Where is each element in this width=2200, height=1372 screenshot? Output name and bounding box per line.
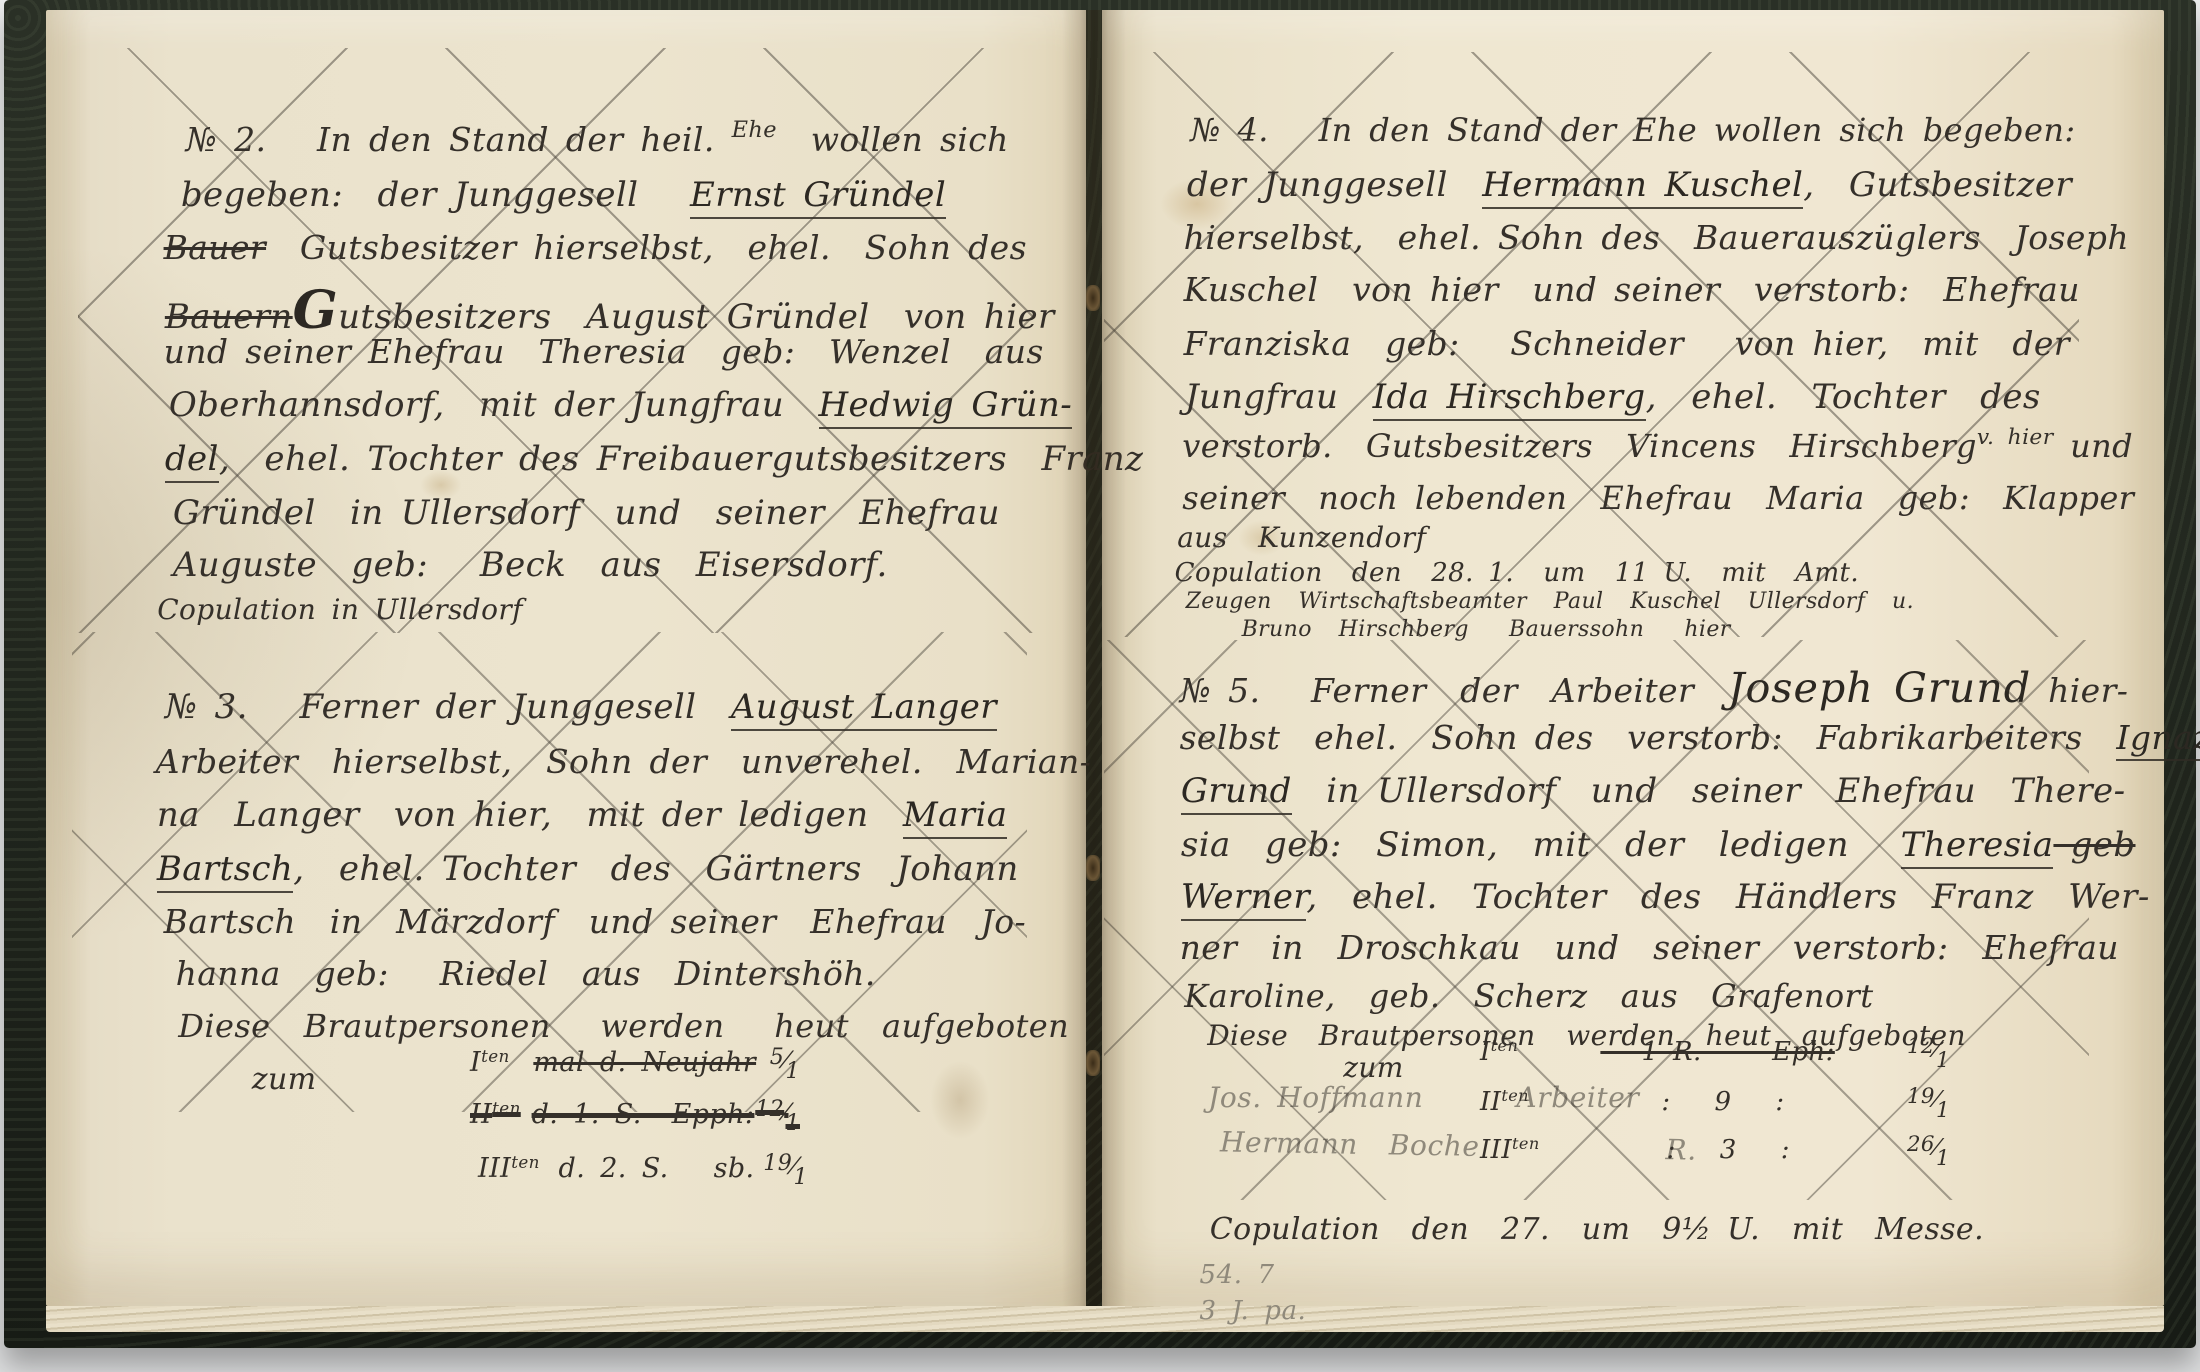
roman-numeral: Iten	[1480, 1038, 1528, 1067]
banns-line-second: IIten : 9 : 191	[1480, 1088, 1950, 1117]
banns-line-second: IIten d. 1. S. Epph: 121	[470, 1100, 800, 1130]
banns-line-third: IIIten d. 2. S. sb. 191	[478, 1154, 808, 1184]
entry2-copulation-note: Copulation in Ullersdorf	[96, 564, 523, 656]
text-segment: d. 2. S. sb.	[559, 1154, 755, 1184]
roman-numeral: IIten	[470, 1100, 531, 1130]
banns-line-first: Iten — 1 R. — Eph: 121	[1480, 1038, 1950, 1067]
text-segment: zum	[252, 1062, 317, 1097]
text-segment: Copulation den 27. um 9½ U. mit Messe.	[1210, 1212, 1984, 1247]
struck-word: mal d. Neujahr	[533, 1048, 756, 1078]
underlined-name: Ignaz	[2116, 718, 2200, 761]
date-fraction: 191	[1907, 1088, 1950, 1117]
roman-numeral: Iten	[470, 1048, 520, 1078]
stitch-mark	[1086, 855, 1100, 881]
pencil-number-note-2: 3 J. pa.	[1140, 1268, 1306, 1354]
date-fraction: 261	[1907, 1136, 1950, 1165]
date-fraction: 51	[770, 1048, 800, 1078]
date-fraction: 121	[755, 1100, 800, 1130]
text-segment: Copulation in Ullersdorf	[157, 593, 523, 626]
roman-numeral: IIten	[1480, 1088, 1539, 1117]
page-edge-stack	[46, 1306, 2164, 1332]
banns-line-third: IIIten : 3 : 261	[1480, 1136, 1950, 1165]
stitch-mark	[1086, 285, 1100, 311]
entry3-zum-word: zum	[188, 1030, 317, 1129]
struck-word: d. 1. S. Epph:	[532, 1100, 755, 1130]
roman-numeral: IIIten	[478, 1154, 550, 1184]
text-segment: 3 J. pa.	[1199, 1296, 1306, 1326]
banns-line-first: Iten mal d. Neujahr 51	[470, 1048, 800, 1078]
struck-word: — 1 R. — Eph:	[1600, 1038, 1834, 1067]
date-fraction: 191	[763, 1154, 808, 1184]
date-fraction: 121	[1907, 1038, 1950, 1067]
photo-background: № 2. In den Stand der heil. Ehe wollen s…	[0, 0, 2200, 1372]
roman-numeral: IIIten	[1480, 1136, 1550, 1165]
text-segment: : 9 :	[1661, 1088, 1784, 1117]
text-segment: : 3 :	[1667, 1136, 1790, 1165]
stitch-mark	[1086, 1050, 1100, 1076]
